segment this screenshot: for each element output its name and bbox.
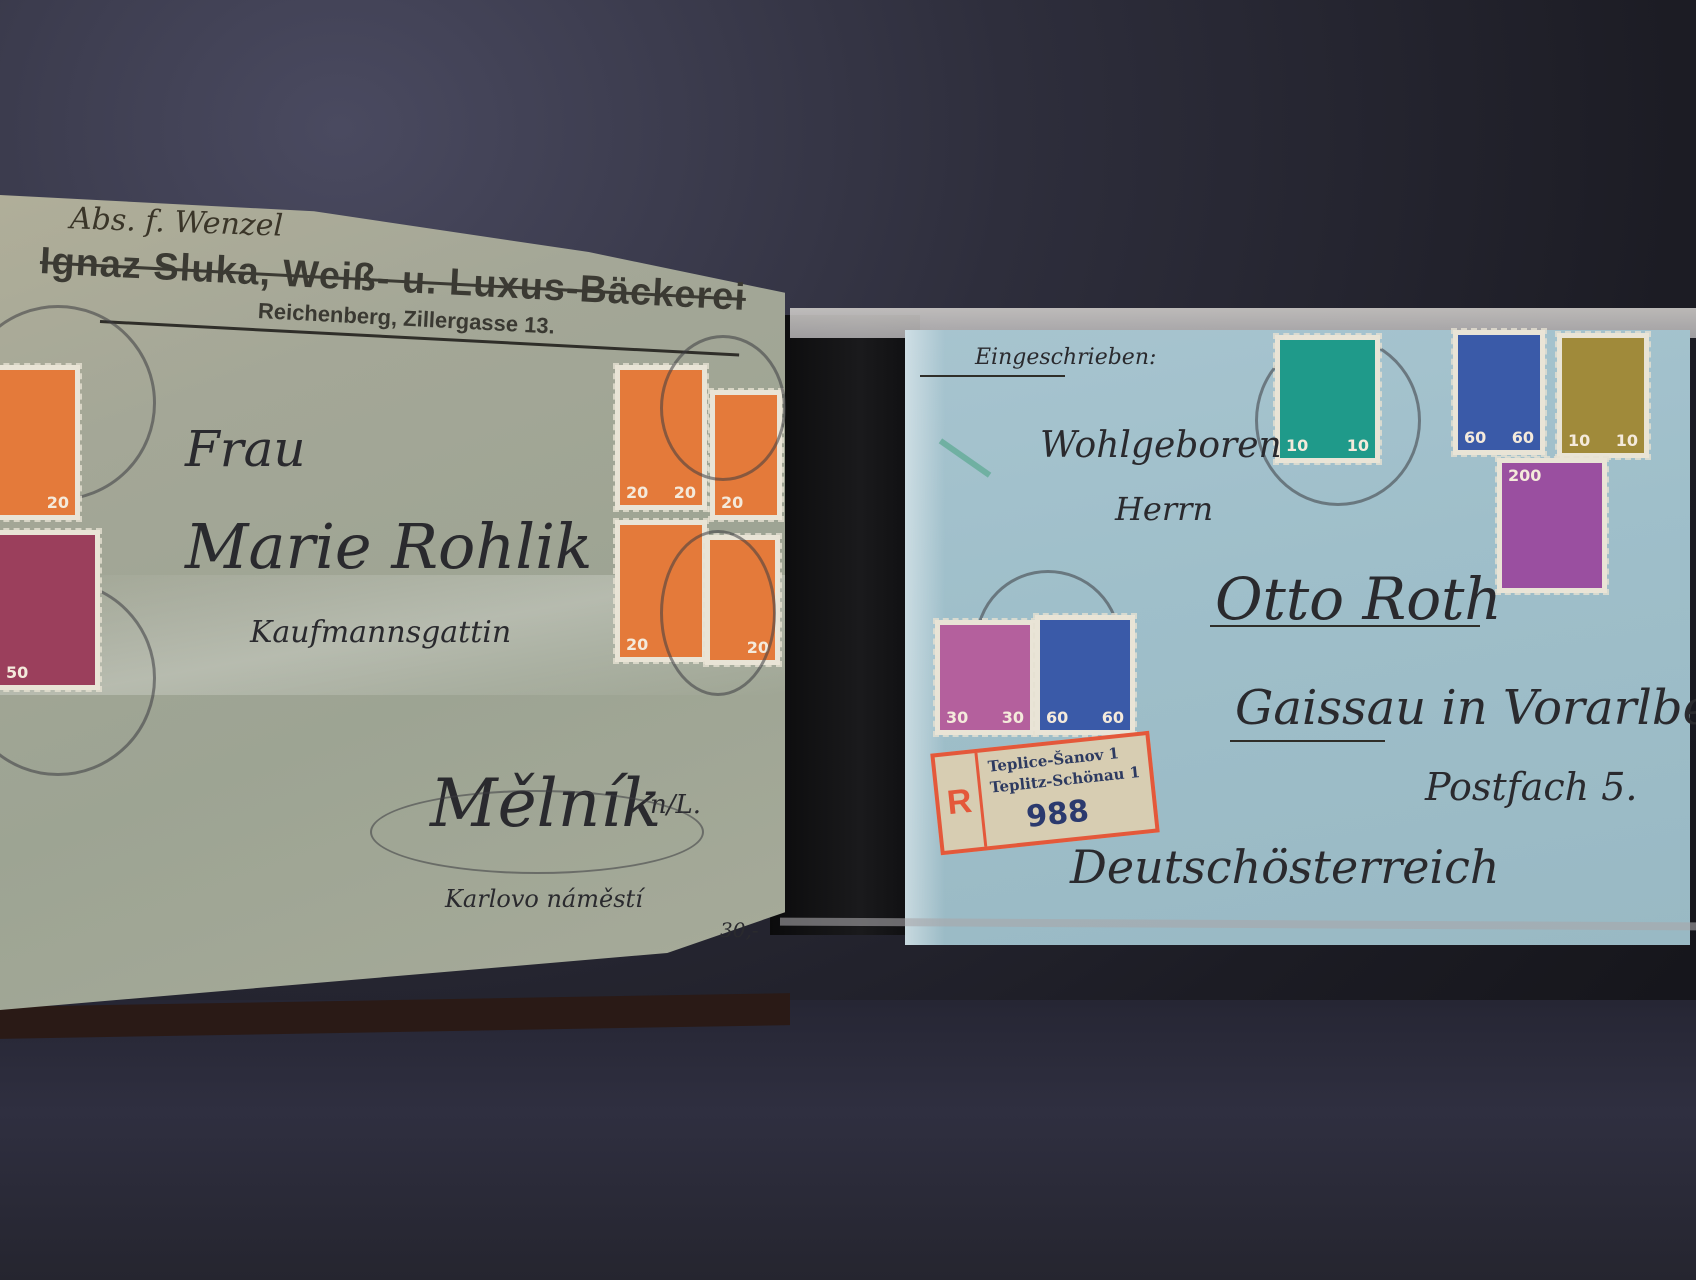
sender-annotation: Abs. f. Wenzel bbox=[69, 201, 283, 243]
registration-number: 988 bbox=[1025, 794, 1091, 835]
stamp-10-olive: 1010 bbox=[1557, 333, 1649, 458]
name-underline bbox=[1210, 625, 1480, 627]
stamp-30-pink: 3030 bbox=[935, 620, 1035, 735]
price-note: 30,- bbox=[720, 918, 759, 942]
registered-annotation: Eingeschrieben: bbox=[975, 345, 1156, 370]
recipient-title: Frau bbox=[185, 420, 306, 478]
album-black-page bbox=[770, 315, 920, 935]
city-underline-flourish bbox=[370, 790, 704, 874]
stamp-left-edge-1: 20 bbox=[0, 365, 80, 520]
postmark bbox=[660, 335, 786, 481]
recipient-name: Otto Roth bbox=[1215, 565, 1502, 633]
recipient-name: Marie Rohlik bbox=[185, 510, 592, 583]
postmark bbox=[660, 530, 776, 696]
salutation-line-1: Wohlgeboren bbox=[1040, 425, 1282, 466]
stamp-10-teal: 1010 bbox=[1275, 335, 1380, 463]
registration-mark: R bbox=[935, 753, 988, 851]
destination-country: Deutschösterreich bbox=[1070, 840, 1500, 894]
annotation-underline bbox=[920, 375, 1065, 377]
stamp-60-blue: 6060 bbox=[1453, 330, 1545, 455]
salutation-line-2: Herrn bbox=[1115, 490, 1213, 528]
stamp-200-purple: 200 bbox=[1497, 458, 1607, 593]
recipient-role: Kaufmannsgattin bbox=[250, 615, 511, 650]
destination-city: Gaissau in Vorarlberg, bbox=[1235, 680, 1696, 736]
city-underline bbox=[1230, 740, 1385, 742]
stamp-60-blue-2: 6060 bbox=[1035, 615, 1135, 735]
destination-street: Karlovo náměstí bbox=[445, 885, 643, 913]
stamp-left-edge-2: 50 bbox=[0, 530, 100, 690]
postbox: Postfach 5. bbox=[1425, 765, 1638, 809]
cloth-background bbox=[0, 1000, 1696, 1280]
